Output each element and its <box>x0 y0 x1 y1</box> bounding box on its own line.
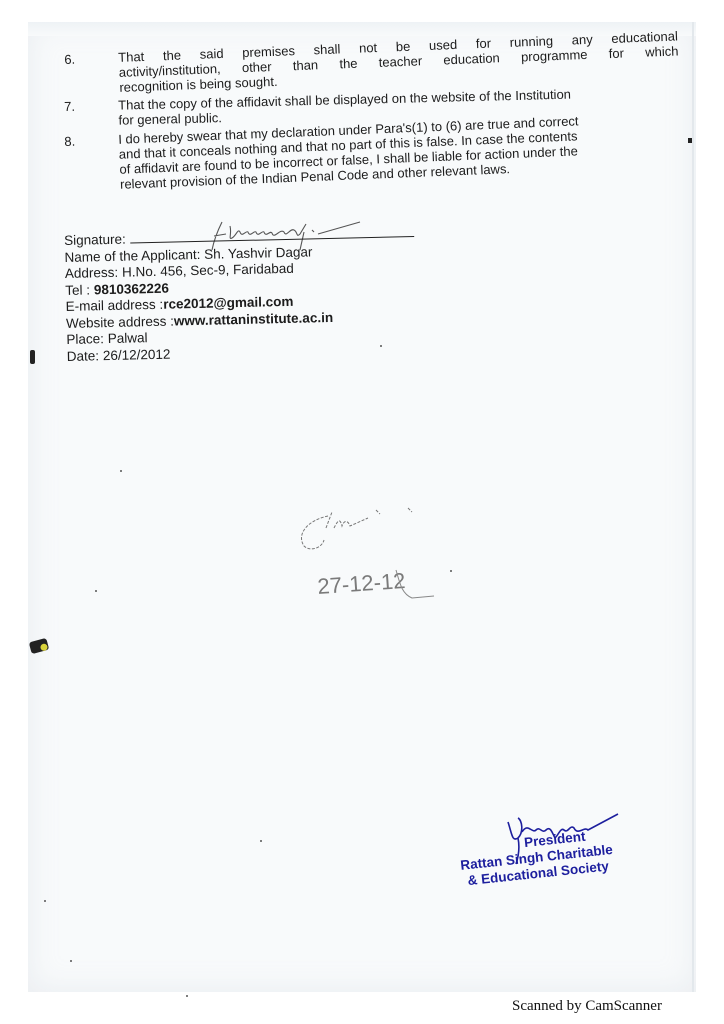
email-value: rce2012@gmail.com <box>163 294 294 312</box>
clause-number: 6. <box>64 51 95 67</box>
website-label: Website address : <box>66 313 174 330</box>
clause-number: 7. <box>64 98 94 114</box>
binder-clip-icon <box>30 350 35 364</box>
speck <box>380 345 382 347</box>
place-label: Place: <box>66 331 104 347</box>
clause-number: 8. <box>64 133 95 149</box>
camscanner-watermark: Scanned by CamScanner <box>512 998 662 1015</box>
date-value: 26/12/2012 <box>103 346 171 363</box>
speck <box>120 470 122 472</box>
page-edge <box>692 22 694 992</box>
speck <box>70 960 72 962</box>
address-value: H.No. 456, Sec-9, Faridabad <box>122 261 294 280</box>
speck <box>450 570 452 572</box>
name-label: Name of the Applicant: <box>64 246 200 264</box>
signature-label: Signature: <box>64 232 126 248</box>
address-label: Address: <box>65 265 119 281</box>
speck <box>260 840 262 842</box>
speck <box>95 590 97 592</box>
name-value: Sh. Yashvir Dagar <box>204 244 313 261</box>
website-value: www.rattaninstitute.ac.in <box>174 309 334 328</box>
pencil-initials-mark: 27-12-12 <box>288 498 438 608</box>
speck <box>44 900 46 902</box>
svg-text:27-12-12: 27-12-12 <box>317 568 407 599</box>
applicant-details: Signature: Name of the Applicant: Sh. Ya… <box>64 224 416 365</box>
place-value: Palwal <box>108 330 148 346</box>
speck <box>186 995 188 997</box>
date-label: Date: <box>67 348 100 364</box>
tel-label: Tel : <box>65 282 90 298</box>
email-label: E-mail address : <box>66 297 164 314</box>
edge-mark <box>688 138 692 143</box>
tel-value: 9810362226 <box>94 280 169 297</box>
